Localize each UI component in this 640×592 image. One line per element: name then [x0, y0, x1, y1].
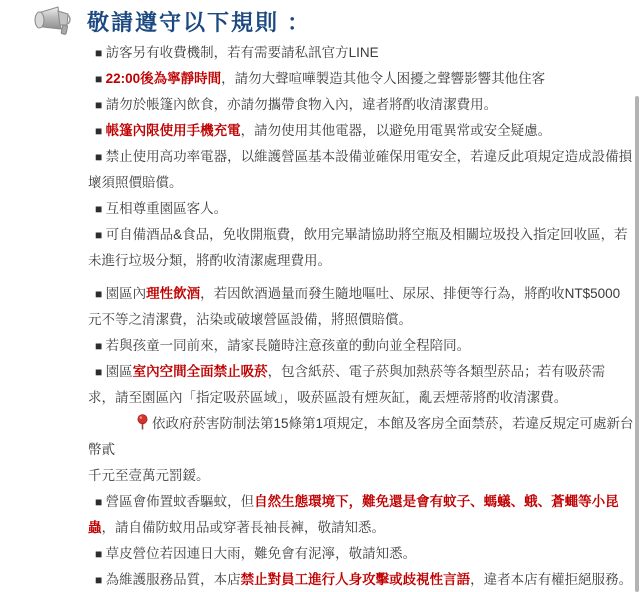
rule-text-emphasis: 室內空間全面禁止吸菸: [133, 364, 268, 379]
rule-item: ■ 草皮營位若因連日大雨，難免會有泥濘，敬請知悉。: [88, 541, 640, 567]
page-title: 敬請遵守以下規則 ：: [87, 6, 311, 40]
rule-item: ■ 若與孩童一同前來，請家長隨時注意孩童的動向並全程陪同。: [88, 333, 640, 359]
rule-text-emphasis: 帳篷內限使用手機充電: [106, 123, 241, 138]
rule-item: ■ 園區室內空間全面禁止吸菸，包含紙菸、電子菸與加熱菸等各類型菸品；若有吸菸需 …: [88, 359, 640, 411]
square-bullet-icon: ■: [95, 124, 106, 138]
rule-text-emphasis: 22:00後為寧靜時間: [106, 71, 222, 86]
rule-text-emphasis: 禁止對員工進行人身攻擊或歧視性言語: [241, 572, 471, 587]
rule-item: ■ 園區內理性飲酒，若因飲酒過量而發生隨地嘔吐、尿尿、排便等行為，將酌收NT$5…: [88, 281, 640, 333]
rule-item: ■ 禁止使用高功率電器，以維護營區基本設備並確保用電安全，若違反此項規定造成設備…: [88, 144, 640, 196]
rule-text: 園區內: [106, 286, 147, 301]
pin-icon: [136, 414, 149, 431]
megaphone-icon: [34, 5, 78, 41]
rule-item: ■ 請勿於帳篷內飲食，亦請勿攜帶食物入內，違者將酌收清潔費用。: [88, 92, 640, 118]
rule-text: 互相尊重園區客人。: [106, 201, 228, 216]
square-bullet-icon: ■: [95, 98, 106, 112]
rule-text: ，請自備防蚊用品或穿著長袖長褲，敬請知悉。: [102, 520, 386, 535]
rule-text: 草皮營位若因連日大雨，難免會有泥濘，敬請知悉。: [106, 546, 417, 561]
rule-text: ，請勿大聲喧嘩製造其他令人困擾之聲響影響其他住客: [221, 71, 545, 86]
page-header: 敬請遵守以下規則 ：: [34, 5, 311, 41]
rule-item: ■ 為維護服務品質，本店禁止對員工進行人身攻擊或歧視性言語，違者本店有權拒絕服務…: [88, 567, 640, 592]
square-bullet-icon: ■: [95, 228, 106, 242]
scrollbar-thumb[interactable]: [635, 96, 639, 592]
rule-text: 營區會佈置蚊香驅蚊，但: [106, 494, 255, 509]
rule-text: ，違者本店有權拒絕服務。: [470, 572, 632, 587]
rule-text-emphasis: 理性飲酒: [146, 286, 200, 301]
square-bullet-icon: ■: [95, 150, 106, 164]
rules-page: 敬請遵守以下規則 ： ■ 訪客另有收費機制，若有需要請私訊官方LINE■ 22:…: [0, 0, 640, 592]
rule-item: ■ 營區會佈置蚊香驅蚊，但自然生態環境下，難免還是會有蚊子、螞蟻、蛾、蒼蠅等小昆…: [88, 489, 640, 541]
square-bullet-icon: ■: [95, 495, 106, 509]
rule-text: 禁止使用高功率電器，以維護營區基本設備並確保用電安全，若違反此項規定造成設備損 …: [88, 149, 632, 190]
rule-item: ■ 可自備酒品&食品，免收開瓶費，飲用完畢請協助將空瓶及相關垃圾投入指定回收區，…: [88, 222, 640, 274]
rules-list: ■ 訪客另有收費機制，若有需要請私訊官方LINE■ 22:00後為寧靜時間，請勿…: [88, 40, 640, 592]
rule-text: 依政府菸害防制法第15條第1項規定，本館及客房全面禁菸，若違反規定可處新台幣貳 …: [88, 416, 634, 483]
square-bullet-icon: ■: [95, 202, 106, 216]
rule-item: ■ 互相尊重園區客人。: [88, 196, 640, 222]
rule-text: 請勿於帳篷內飲食，亦請勿攜帶食物入內，違者將酌收清潔費用。: [106, 97, 498, 112]
rule-item: ■ 帳篷內限使用手機充電，請勿使用其他電器，以避免用電異常或安全疑慮。: [88, 118, 640, 144]
square-bullet-icon: ■: [95, 573, 106, 587]
rule-text: 訪客另有收費機制，若有需要請私訊官方LINE: [106, 45, 379, 60]
law-note: 依政府菸害防制法第15條第1項規定，本館及客房全面禁菸，若違反規定可處新台幣貳 …: [88, 411, 640, 489]
square-bullet-icon: ■: [95, 365, 106, 379]
rule-item: ■ 22:00後為寧靜時間，請勿大聲喧嘩製造其他令人困擾之聲響影響其他住客: [88, 66, 640, 92]
square-bullet-icon: ■: [95, 339, 106, 353]
square-bullet-icon: ■: [95, 46, 106, 60]
rule-text: 為維護服務品質，本店: [106, 572, 241, 587]
rule-text: 可自備酒品&食品，免收開瓶費，飲用完畢請協助將空瓶及相關垃圾投入指定回收區，若 …: [88, 227, 628, 268]
rule-text: 若與孩童一同前來，請家長隨時注意孩童的動向並全程陪同。: [106, 338, 471, 353]
rule-text: 園區: [106, 364, 133, 379]
rule-text: ，請勿使用其他電器，以避免用電異常或安全疑慮。: [241, 123, 552, 138]
square-bullet-icon: ■: [95, 72, 106, 86]
square-bullet-icon: ■: [95, 547, 106, 561]
rule-item: ■ 訪客另有收費機制，若有需要請私訊官方LINE: [88, 40, 640, 66]
square-bullet-icon: ■: [95, 287, 106, 301]
